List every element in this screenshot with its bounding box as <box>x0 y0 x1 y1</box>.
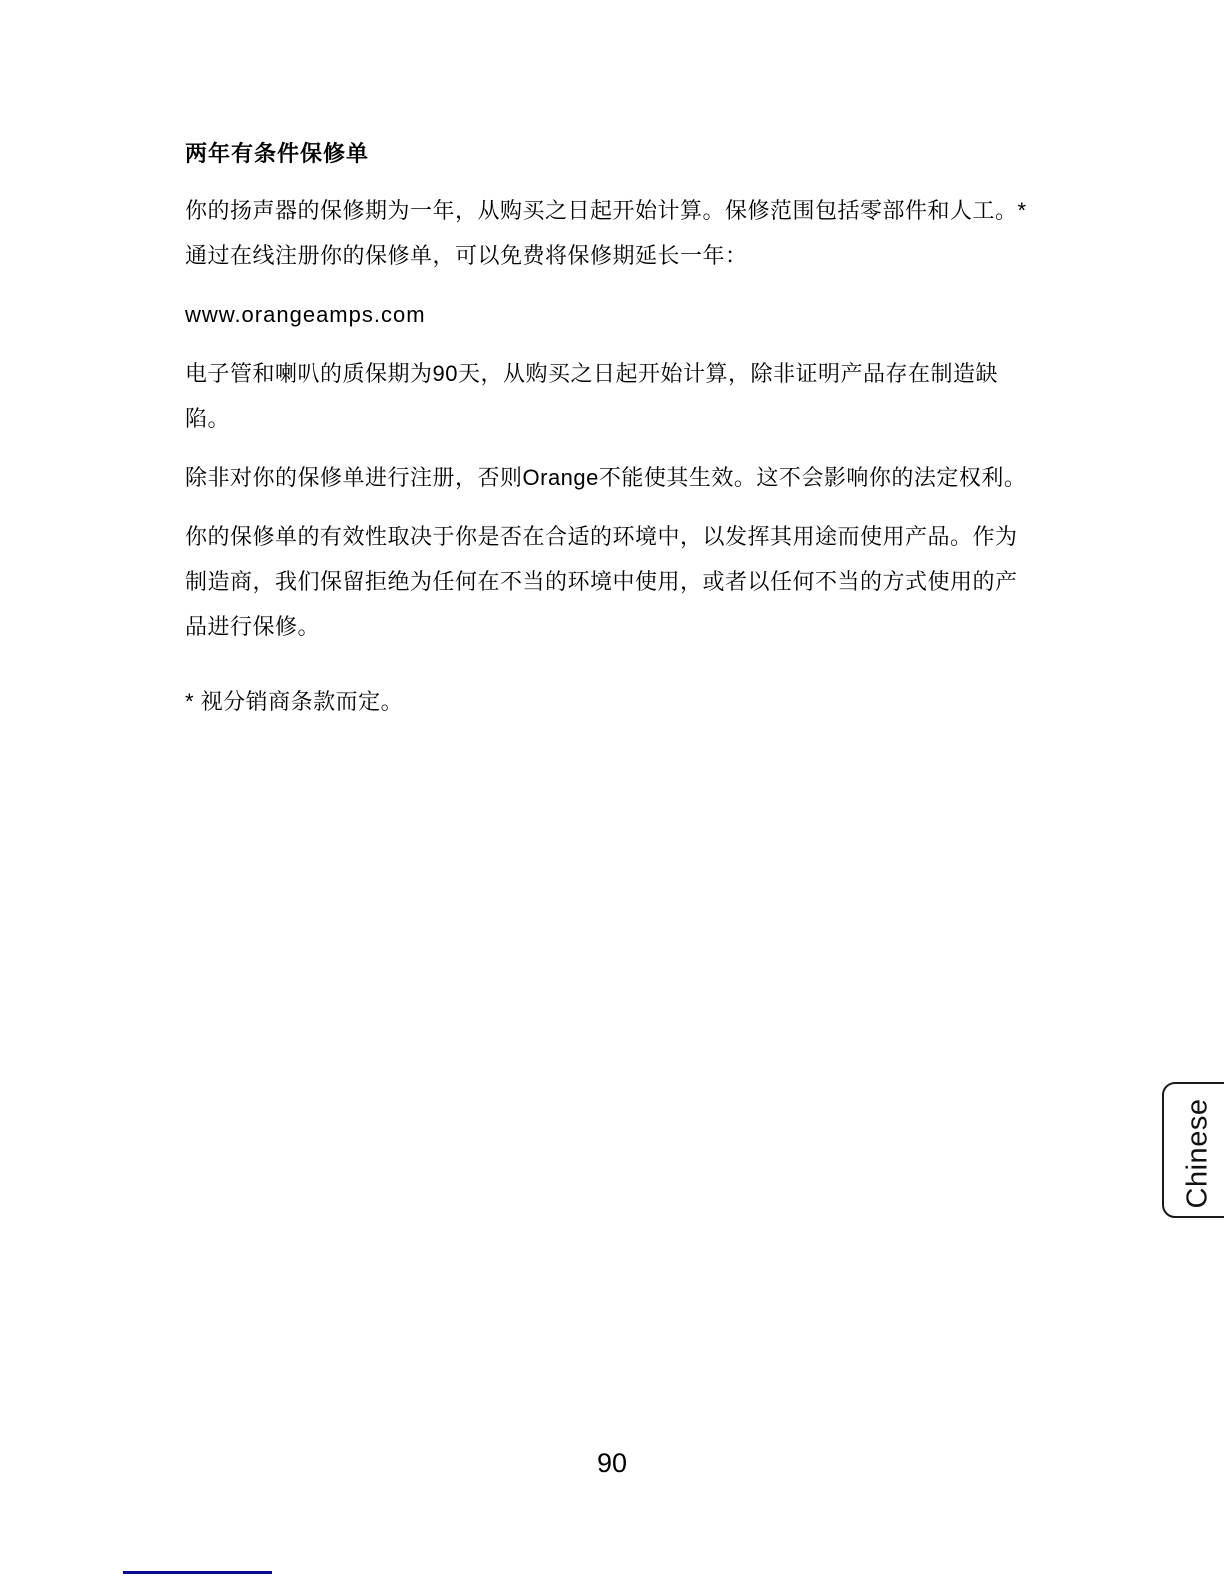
paragraph-registration: 除非对你的保修单进行注册，否则Orange不能使其生效。这不会影响你的法定权利。 <box>185 455 1165 500</box>
page-number: 90 <box>0 1448 1224 1478</box>
paragraph-warranty-period: 你的扬声器的保修期为一年，从购买之日起开始计算。保修范围包括零部件和人工。* 通… <box>185 188 1165 278</box>
language-tab-label: Chinese <box>1182 1086 1215 1222</box>
footnote: * 视分销商条款而定。 <box>185 679 1165 724</box>
website-url: www.orangeamps.com <box>185 292 1165 337</box>
link-underline-fragment <box>123 1571 272 1574</box>
warranty-section: 两年有条件保修单 你的扬声器的保修期为一年，从购买之日起开始计算。保修范围包括零… <box>185 131 1165 738</box>
page-title: 两年有条件保修单 <box>185 131 1165 176</box>
paragraph-tubes-speakers: 电子管和喇叭的质保期为90天，从购买之日起开始计算，除非证明产品存在制造缺 陷。 <box>185 351 1165 441</box>
language-tab-chinese: Chinese <box>1162 1082 1224 1218</box>
paragraph-validity: 你的保修单的有效性取决于你是否在合适的环境中，以发挥其用途而使用产品。作为 制造… <box>185 514 1165 649</box>
